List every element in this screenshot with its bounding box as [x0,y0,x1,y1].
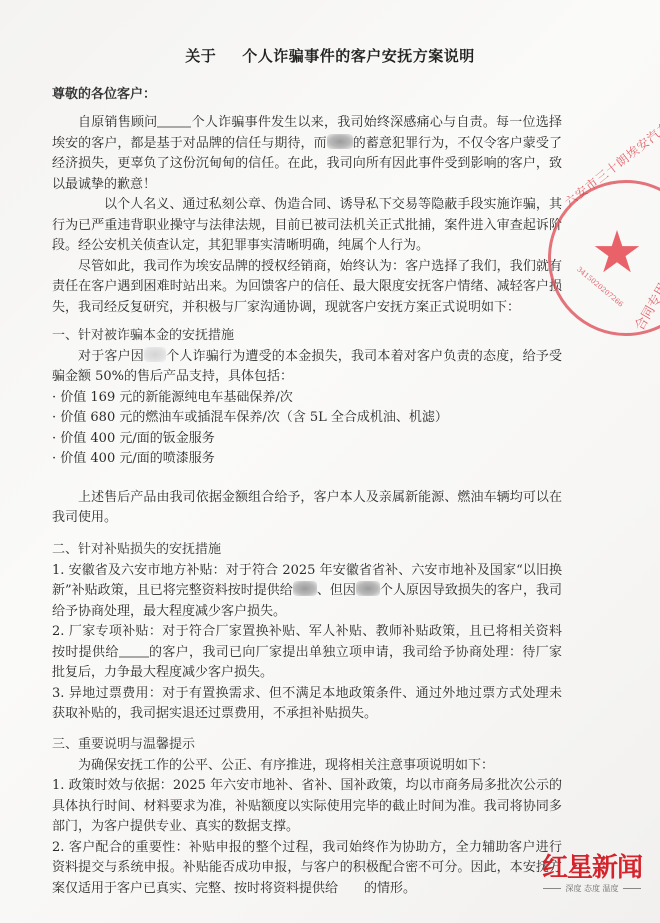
note-item-2-part-b: 的情形。 [364,881,416,896]
section-3: 三、重要说明与温馨提示 为确保安抚工作的公平、公正、有序推进，现将相关注意事项说… [52,735,562,899]
watermark-brand: 红星新闻 [532,853,652,883]
note-item-2: 2. 客户配合的重要性：补贴申报的整个过程，我司始终作为协助方，全力辅助客户进行… [52,838,562,900]
service-item: · 价值 400 元/面的喷漆服务 [52,449,562,470]
redacted-blur [144,347,166,362]
section-1-p1-part-a: 对于客户因 [78,349,144,364]
note-item-1: 1. 政策时效与依据：2025 年六安市地补、省补、国补政策，均以市商务局多批次… [52,776,562,838]
divider [543,888,561,889]
star-icon: ★ [591,223,643,281]
section-3-intro: 为确保安抚工作的公平、公正、有序推进，现将相关注意事项说明如下： [52,756,562,777]
redacted-blank [119,644,149,658]
divider [623,888,641,889]
news-watermark-logo: 红星新闻 深度 态度 温度 [532,853,652,901]
watermark-slogan: 深度 态度 温度 [565,883,618,894]
seal-arc-text: 六安市三十朗埃安汽车销售服务有限公司 [561,53,660,210]
greeting: 尊敬的各位客户： [52,83,156,102]
redacted-blank [157,114,191,128]
section-2-heading: 二、针对补贴损失的安抚措施 [52,540,562,561]
title-prefix: 关于 [185,47,216,65]
subsidy-item-3: 3. 异地过票费用：对于有置换需求、但不满足本地政策条件、通过外地过票方式处理未… [52,684,562,725]
redacted-blur [293,581,317,596]
redacted-blur [356,581,380,596]
section-1-closing: 上述售后产品由我司依据金额组合给予，客户本人及亲属新能源、燃油车辆均可以在我司使… [52,488,562,529]
subsidy-item-1: 1. 安徽省及六安市地方补贴：对于符合 2025 年安徽省省补、六安市地补及国家… [52,561,562,623]
redacted-blur [327,134,353,149]
intro-paragraph-1: 自原销售顾问个人诈骗事件发生以来，我司始终深感痛心与自责。每一位选择埃安的客户，… [52,113,562,195]
intro-p1-part-a: 自原销售顾问 [78,115,157,130]
intro-paragraph-2: 以个人名义、通过私刻公章、伪造合同、诱导私下交易等隐蔽手段实施诈骗，其行为已严重… [52,195,562,257]
title-suffix: 个人诈骗事件的客户安抚方案说明 [242,47,475,65]
section-1-paragraph: 对于客户因个人诈骗行为遭受的本金损失，我司本着对客户负责的态度，给予受骗金额 5… [52,347,562,388]
subsidy-item-1-part-b: 、但因 [317,583,356,598]
section-1-heading: 一、针对被诈骗本金的安抚措施 [52,326,562,347]
intro-paragraph-3: 尽管如此，我司作为埃安品牌的授权经销商，始终认为：客户选择了我们，我们就有责任在… [52,257,562,319]
intro-block: 自原销售顾问个人诈骗事件发生以来，我司始终深感痛心与自责。每一位选择埃安的客户，… [52,113,562,318]
service-item: · 价值 169 元的新能源纯电车基础保养/次 [52,388,562,409]
scanned-document-page: 关于个人诈骗事件的客户安抚方案说明 尊敬的各位客户： 自原销售顾问个人诈骗事件发… [0,0,660,923]
company-seal: 六安市三十朗埃安汽车销售服务有限公司 ★ 3415020207266 合同专用章 [548,180,660,336]
section-1: 一、针对被诈骗本金的安抚措施 对于客户因个人诈骗行为遭受的本金损失，我司本着对客… [52,326,562,529]
note-item-2-part-a: 2. 客户配合的重要性：补贴申报的整个过程，我司始终作为协助方，全力辅助客户进行… [52,840,562,896]
document-title: 关于个人诈骗事件的客户安抚方案说明 [0,45,660,66]
service-item: · 价值 400 元/面的钣金服务 [52,429,562,450]
section-3-heading: 三、重要说明与温馨提示 [52,735,562,756]
service-item: · 价值 680 元的燃油车或插混车保养/次（含 5L 全合成机油、机滤） [52,408,562,429]
subsidy-item-2: 2. 厂家专项补贴：对于符合厂家置换补贴、军人补贴、教师补贴政策，且已将相关资料… [52,622,562,684]
section-2: 二、针对补贴损失的安抚措施 1. 安徽省及六安市地方补贴：对于符合 2025 年… [52,540,562,725]
watermark-slogan-row: 深度 态度 温度 [532,883,652,894]
